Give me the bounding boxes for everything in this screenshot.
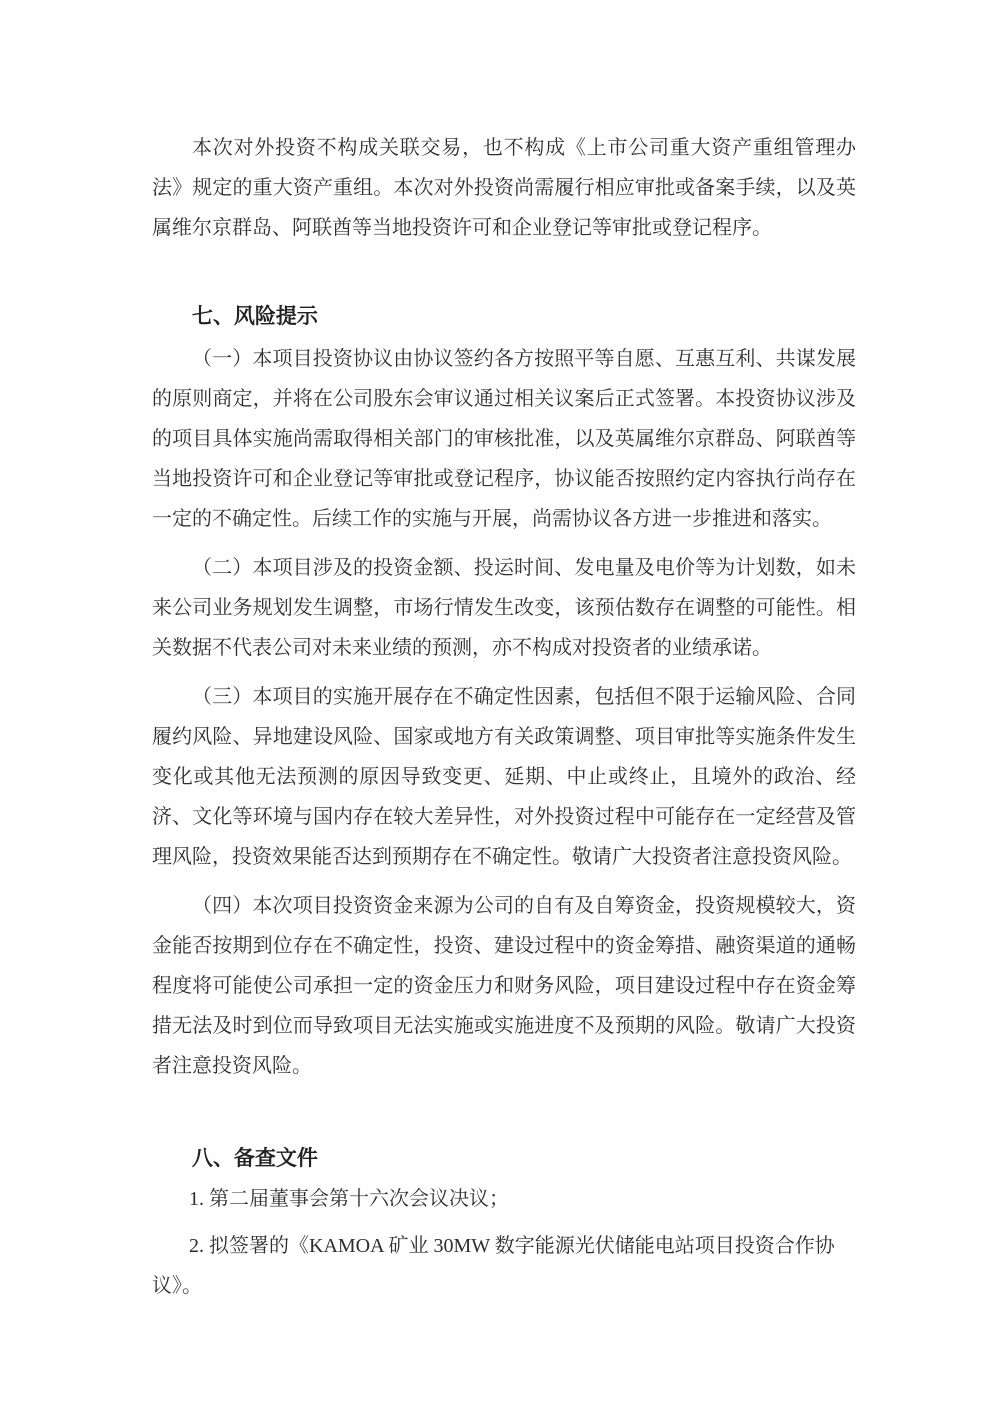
reference-document-item-2: 2. 拟签署的《KAMOA 矿业 30MW 数字能源光伏储能电站项目投资合作协议…	[152, 1226, 856, 1306]
risk-paragraph-2: （二）本项目涉及的投资金额、投运时间、发电量及电价等为计划数，如未来公司业务规划…	[152, 548, 856, 668]
risk-paragraph-3: （三）本项目的实施开展存在不确定性因素，包括但不限于运输风险、合同履约风险、异地…	[152, 677, 856, 877]
document-page: 本次对外投资不构成关联交易，也不构成《上市公司重大资产重组管理办法》规定的重大资…	[0, 0, 1000, 1414]
risk-paragraph-4: （四）本次项目投资资金来源为公司的自有及自筹资金，投资规模较大，资金能否按期到位…	[152, 886, 856, 1086]
document-content: 本次对外投资不构成关联交易，也不构成《上市公司重大资产重组管理办法》规定的重大资…	[152, 128, 856, 1313]
reference-document-item-1: 1. 第二届董事会第十六次会议决议；	[152, 1179, 856, 1219]
intro-paragraph: 本次对外投资不构成关联交易，也不构成《上市公司重大资产重组管理办法》规定的重大资…	[152, 128, 856, 248]
section-heading-risk: 七、风险提示	[152, 296, 856, 336]
risk-paragraph-1: （一）本项目投资协议由协议签约各方按照平等自愿、互惠互利、共谋发展的原则商定，并…	[152, 339, 856, 539]
section-heading-documents: 八、备查文件	[152, 1138, 856, 1178]
